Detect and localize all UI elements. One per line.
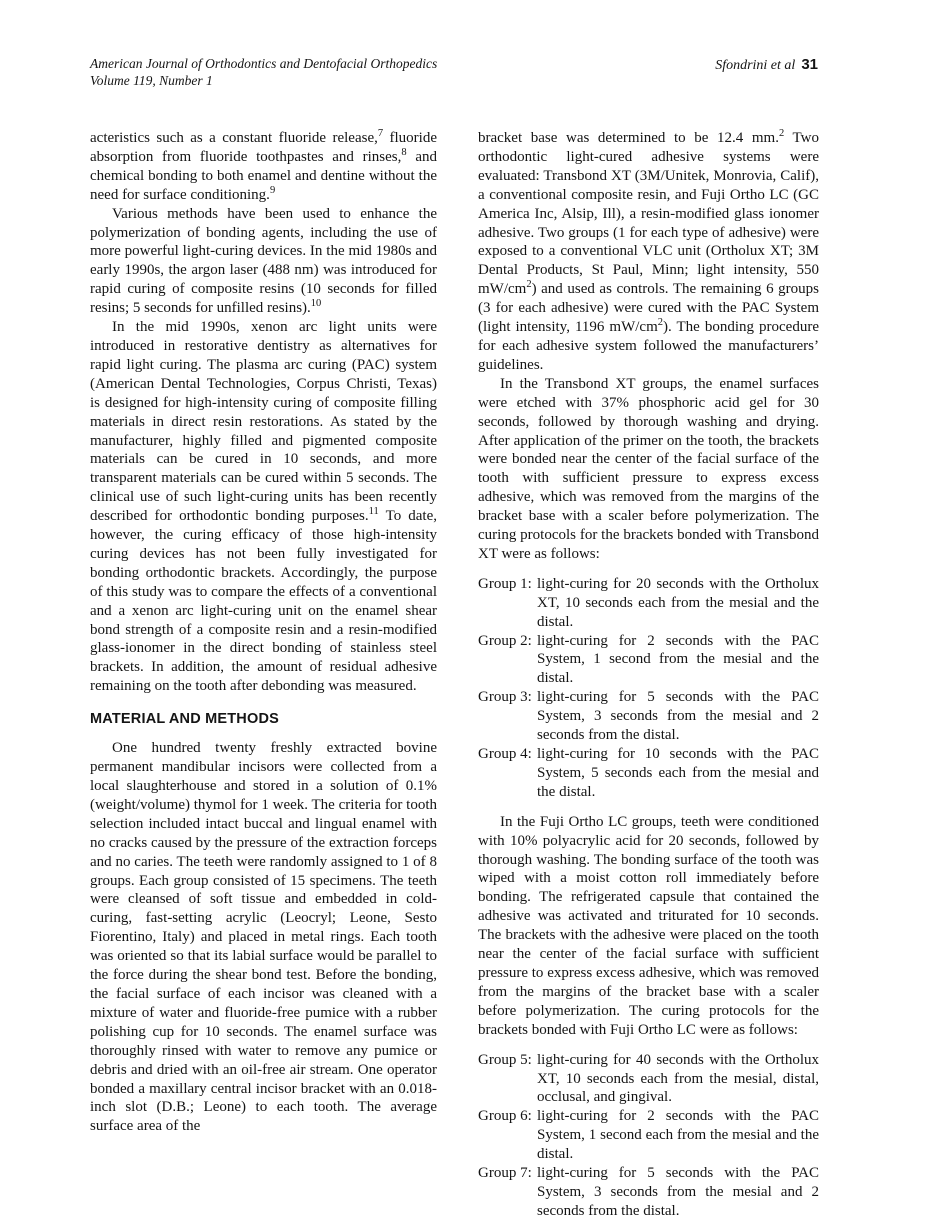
protocol-group-3: Group 3: light-curing for 5 seconds with… <box>478 688 819 745</box>
protocol-group-4: Group 4: light-curing for 10 seconds wit… <box>478 745 819 802</box>
group-1-label: Group 1: <box>478 575 537 632</box>
paragraph-transbond-procedure: In the Transbond XT groups, the enamel s… <box>478 375 819 564</box>
journal-title: American Journal of Orthodontics and Den… <box>90 56 437 73</box>
protocol-group-1: Group 1: light-curing for 20 seconds wit… <box>478 575 819 632</box>
group-6-label: Group 6: <box>478 1107 537 1164</box>
group-7-label: Group 7: <box>478 1164 537 1221</box>
group-5-text: light-curing for 40 seconds with the Ort… <box>537 1051 819 1108</box>
protocol-group-5: Group 5: light-curing for 40 seconds wit… <box>478 1051 819 1108</box>
group-4-label: Group 4: <box>478 745 537 802</box>
running-header: American Journal of Orthodontics and Den… <box>90 56 818 89</box>
group-3-text: light-curing for 5 seconds with the PAC … <box>537 688 819 745</box>
group-2-label: Group 2: <box>478 632 537 689</box>
paragraph-various-methods: Various methods have been used to enhanc… <box>90 205 437 318</box>
right-column: bracket base was determined to be 12.4 m… <box>478 129 819 1230</box>
group-4-text: light-curing for 10 seconds with the PAC… <box>537 745 819 802</box>
left-column: acteristics such as a constant fluoride … <box>90 129 437 1136</box>
curing-protocols-fuji: Group 5: light-curing for 40 seconds wit… <box>478 1051 819 1221</box>
running-author: Sfondrini et al <box>715 58 795 73</box>
journal-page: American Journal of Orthodontics and Den… <box>0 0 950 1230</box>
group-3-label: Group 3: <box>478 688 537 745</box>
paragraph-fuji-procedure: In the Fuji Ortho LC groups, teeth were … <box>478 813 819 1040</box>
paragraph-intro-continuation: acteristics such as a constant fluoride … <box>90 129 437 205</box>
protocol-group-2: Group 2: light-curing for 2 seconds with… <box>478 632 819 689</box>
group-6-text: light-curing for 2 seconds with the PAC … <box>537 1107 819 1164</box>
group-2-text: light-curing for 2 seconds with the PAC … <box>537 632 819 689</box>
journal-info: American Journal of Orthodontics and Den… <box>90 56 437 89</box>
volume-line: Volume 119, Number 1 <box>90 73 437 90</box>
curing-protocols-transbond: Group 1: light-curing for 20 seconds wit… <box>478 575 819 802</box>
protocol-group-7: Group 7: light-curing for 5 seconds with… <box>478 1164 819 1221</box>
running-header-right: Sfondrini et al31 <box>715 56 818 74</box>
paragraph-xenon-arc: In the mid 1990s, xenon arc light units … <box>90 318 437 696</box>
group-7-text: light-curing for 5 seconds with the PAC … <box>537 1164 819 1221</box>
group-5-label: Group 5: <box>478 1051 537 1108</box>
protocol-group-6: Group 6: light-curing for 2 seconds with… <box>478 1107 819 1164</box>
section-heading-material-methods: MATERIAL AND METHODS <box>90 711 437 728</box>
page-number: 31 <box>801 56 818 73</box>
group-1-text: light-curing for 20 seconds with the Ort… <box>537 575 819 632</box>
paragraph-specimen-preparation: One hundred twenty freshly extracted bov… <box>90 739 437 1136</box>
paragraph-adhesive-systems: bracket base was determined to be 12.4 m… <box>478 129 819 375</box>
